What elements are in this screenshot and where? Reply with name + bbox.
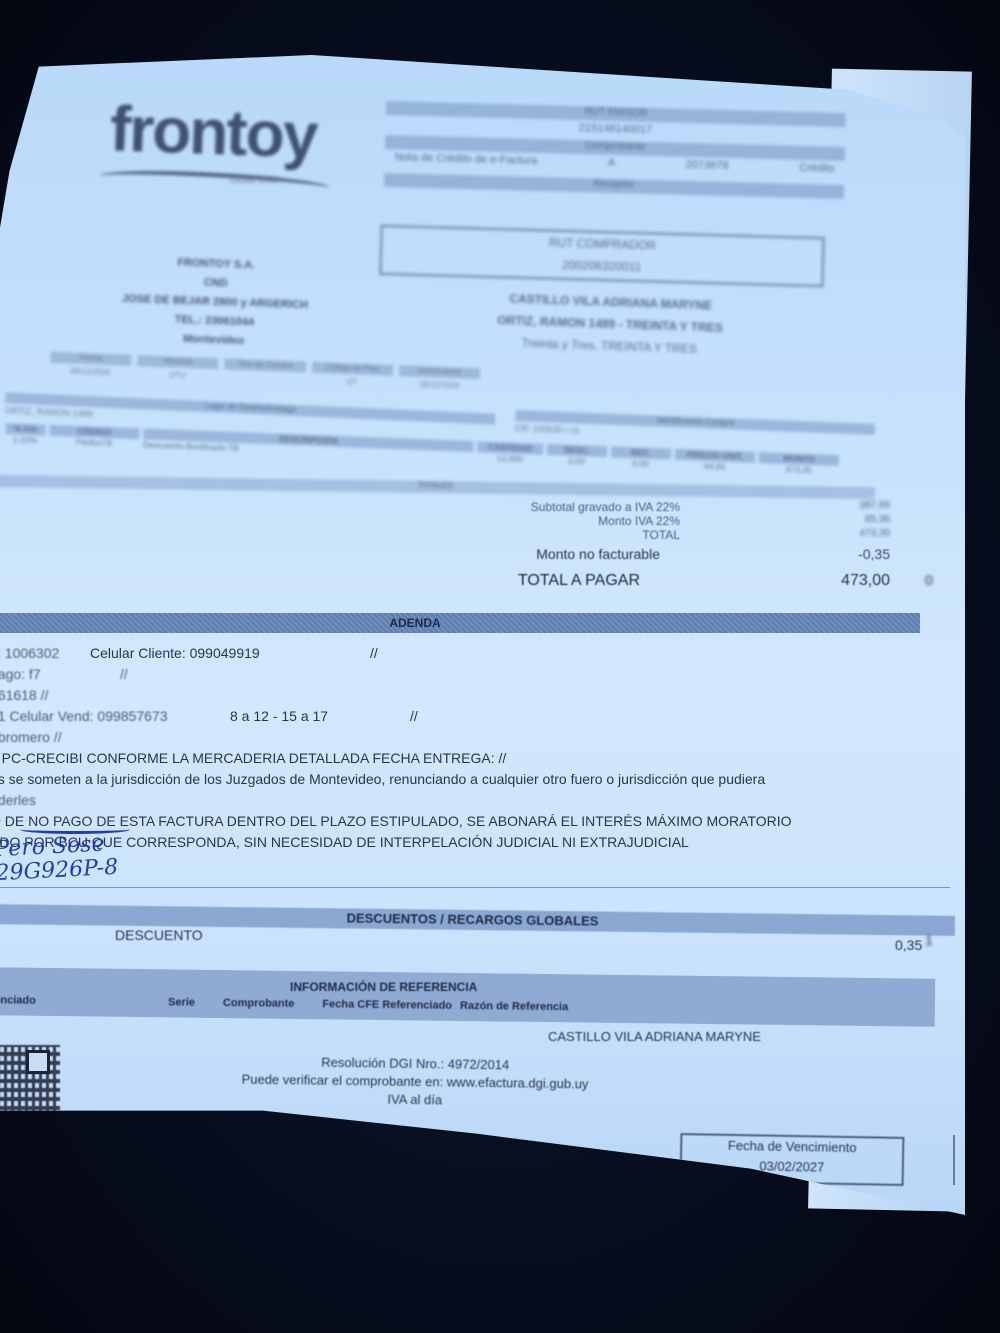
dgi-info: Resolución DGI Nro.: 4972/2014 Puede ver… bbox=[190, 1052, 641, 1112]
comprobante-serie: A bbox=[608, 157, 616, 169]
adenda-line: 21 Celular Vend: 099857673 8 a 12 - 15 a… bbox=[0, 706, 950, 727]
totales-bar: TOTALES bbox=[0, 475, 875, 499]
meta-fecha: Fecha06/12/2026 bbox=[50, 352, 132, 378]
adenda-mora-1: O DE NO PAGO DE ESTA FACTURA DENTRO DEL … bbox=[0, 811, 950, 832]
iva-row: Monto IVA 22%85,36 bbox=[470, 514, 890, 528]
total-row: TOTAL473,35 bbox=[470, 528, 890, 542]
comprobante-type: Nota de Crédito de e-Factura bbox=[395, 151, 538, 167]
logo-tagline: Desde 1960 bbox=[230, 175, 279, 185]
side-marks: 0 1 bbox=[925, 565, 933, 955]
meta-vencimiento: Vencimiento18/12/2026 bbox=[398, 365, 480, 391]
constancia-serie: Serie: A del 2055001 al 2155000 bbox=[80, 1125, 254, 1145]
document-header: RUT EMISOR 215148140017 Comprobante Nota… bbox=[384, 99, 846, 201]
descuento-value: 0,35 bbox=[895, 937, 922, 953]
codigo-seguridad: go de Seguridad : 3uU3XD bbox=[0, 1142, 253, 1164]
referencia-title: INFORMACIÓN DE REFERENCIA bbox=[290, 980, 477, 994]
invoice-meta: Fecha06/12/2026 MonedaUYU Tipo de Cambio… bbox=[50, 352, 481, 391]
invoice-paper: frontoy Desde 1960 FRONTOY S.A. CND JOSE… bbox=[0, 55, 965, 1215]
adenda-line: : bromero // bbox=[0, 727, 950, 748]
issuer-info: FRONTOY S.A. CND JOSE DE BEJAR 2800 y AR… bbox=[83, 250, 346, 354]
adenda-bar: ADENDA bbox=[0, 613, 920, 633]
bracket-mark bbox=[945, 1135, 955, 1185]
totals-block: Subtotal gravado a IVA 22%387,99 Monto I… bbox=[470, 500, 890, 590]
meta-moneda: MonedaUYU bbox=[137, 355, 219, 381]
qr-finder-icon bbox=[26, 1050, 50, 1074]
identificacion-compra: Identificación Compra CR: 100630 / cli bbox=[515, 410, 876, 447]
adenda-content: s: 1006302 Celular Cliente: 099049919 //… bbox=[0, 643, 950, 853]
adenda-line: pago: f7 // bbox=[0, 664, 950, 685]
rut-comprador-box: RUT COMPRADOR 200206320011 bbox=[379, 225, 824, 287]
adenda-jurisdiccion-cont: nderles bbox=[0, 790, 950, 811]
no-facturable-row: Monto no facturable-0,35 bbox=[470, 546, 890, 562]
meta-codigo-pais: Código de PaisUY bbox=[311, 362, 393, 388]
descuento-label: DESCUENTO bbox=[115, 927, 203, 943]
fecha-vencimiento-value: 03/02/2027 bbox=[682, 1155, 902, 1179]
meta-tipo-cambio: Tipo de Cambio bbox=[224, 358, 306, 384]
adenda-mora-2: ADO POR BCU QUE CORRESPONDA, SIN NECESID… bbox=[0, 832, 950, 853]
fecha-vencimiento-box: Fecha de Vencimiento 03/02/2027 bbox=[680, 1133, 905, 1186]
adenda-jurisdiccion: es se someten a la jurisdicción de los J… bbox=[0, 769, 950, 790]
receptor-label: Receptor bbox=[384, 173, 844, 199]
forma-pago: Crédito bbox=[799, 162, 835, 175]
handwritten-note: Pero Sose 29G926P-8 bbox=[0, 832, 119, 886]
referencia-value: CASTILLO VILA ADRIANA MARYNE bbox=[548, 1029, 761, 1044]
buyer-info: CASTILLO VILA ADRIANA MARYNE ORTIZ, RAMO… bbox=[429, 285, 791, 364]
adenda-line: : 61618 // bbox=[0, 685, 950, 706]
constancia-nro: Constancia nro.: 90251034483 bbox=[80, 1107, 254, 1127]
adenda-line: s: 1006302 Celular Cliente: 099049919 // bbox=[0, 643, 950, 664]
frontoy-logo: frontoy bbox=[109, 91, 318, 172]
handwritten-id: 29G926P-8 bbox=[0, 856, 119, 886]
divider bbox=[0, 887, 950, 888]
comprobante-numero: 2073678 bbox=[686, 159, 729, 172]
constancia-info: Constancia nro.: 90251034483 Serie: A de… bbox=[80, 1107, 254, 1163]
subtotal-row: Subtotal gravado a IVA 22%387,99 bbox=[470, 500, 890, 514]
adenda-recibi: t: PC-CRECIBI CONFORME LA MERCADERIA DET… bbox=[0, 748, 950, 769]
total-a-pagar-row: TOTAL A PAGAR473,00 bbox=[470, 572, 890, 590]
